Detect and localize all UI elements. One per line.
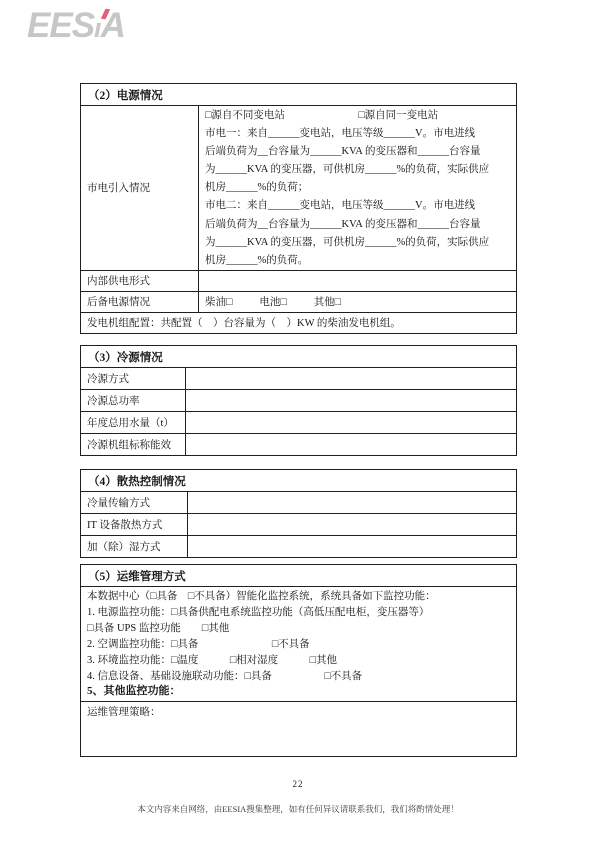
ops-line-linkage-function: 4. 信息设备、基础设施联动功能：□具备 □不具备 <box>87 669 512 685</box>
mains-source-options: □源自不同变电站 □源自同一变电站 <box>205 107 512 125</box>
mains-line-5: 市电二：来自______变电站，电压等级______V。市电进线 <box>205 197 512 215</box>
mains-line-4: 机房______%的负荷； <box>205 179 512 197</box>
cooling-unit-efficiency-label: 冷源机组标称能效 <box>81 434 186 456</box>
table-row: 冷源方式 <box>81 368 517 390</box>
cooling-unit-efficiency-value <box>186 434 517 456</box>
backup-option-battery: 电池□ <box>259 294 286 309</box>
monitoring-functions-cell: 本数据中心（□具备 □不具备）智能化监控系统，系统具备如下监控功能： 1. 电源… <box>81 587 517 702</box>
table-row: 冷量传输方式 <box>81 492 517 514</box>
page-number: 22 <box>0 779 596 789</box>
table-row: 市电引入情况 □源自不同变电站 □源自同一变电站 市电一：来自______变电站… <box>81 106 517 271</box>
cold-transfer-mode-value <box>188 492 517 514</box>
mains-line-1: 市电一：来自______变电站，电压等级______V。市电进线 <box>205 125 512 143</box>
power-table-title: （2）电源情况 <box>81 84 517 106</box>
humidity-control-value <box>188 536 517 558</box>
ops-table-title: （5）运维管理方式 <box>81 565 517 587</box>
cold-transfer-mode-label: 冷量传输方式 <box>81 492 188 514</box>
cooling-mode-label: 冷源方式 <box>81 368 186 390</box>
ops-line-power-monitoring: 1. 电源监控功能：□具备供配电系统监控功能（高低压配电柜，变压器等） <box>87 605 512 621</box>
table-row: 本数据中心（□具备 □不具备）智能化监控系统，系统具备如下监控功能： 1. 电源… <box>81 587 517 702</box>
mains-intro-label: 市电引入情况 <box>81 106 199 271</box>
heat-control-table: （4）散热控制情况 冷量传输方式 IT 设备散热方式 加（除）湿方式 <box>80 469 517 558</box>
mains-line-7: 为______KVA 的变压器，可供机房______%的负荷，实际供应 <box>205 234 512 252</box>
table-row: （5）运维管理方式 <box>81 565 517 587</box>
backup-power-label: 后备电源情况 <box>81 291 199 312</box>
backup-power-options: 柴油□电池□其他□ <box>199 291 517 312</box>
internal-supply-label: 内部供电形式 <box>81 270 199 291</box>
mains-line-6: 后端负荷为__台容量为______KVA 的变压器和______台容量 <box>205 216 512 234</box>
logo-text-ees: EES <box>27 6 94 45</box>
table-row: 内部供电形式 <box>81 270 517 291</box>
power-supply-table: （2）电源情况 市电引入情况 □源自不同变电站 □源自同一变电站 市电一：来自_… <box>80 83 517 334</box>
cooling-total-power-value <box>186 390 517 412</box>
it-heat-dissipation-value <box>188 514 517 536</box>
backup-option-other: 其他□ <box>314 294 341 309</box>
mains-line-2: 后端负荷为__台容量为______KVA 的变压器和______台容量 <box>205 143 512 161</box>
logo-text-i: ı <box>94 13 101 43</box>
internal-supply-value <box>199 270 517 291</box>
mains-intro-detail: □源自不同变电站 □源自同一变电站 市电一：来自______变电站，电压等级__… <box>199 106 517 271</box>
ops-line-env-monitoring: 3. 环境监控功能：□温度 □相对湿度 □其他 <box>87 653 512 669</box>
table-row: 冷源总功率 <box>81 390 517 412</box>
table-row: （4）散热控制情况 <box>81 470 517 492</box>
document-page: EESıA （2）电源情况 市电引入情况 □源自不同变电站 □源自同一变电站 市… <box>0 0 596 842</box>
backup-option-diesel: 柴油□ <box>205 294 232 309</box>
table-row: 年度总用水量（t） <box>81 412 517 434</box>
table-row: 冷源机组标称能效 <box>81 434 517 456</box>
mains-line-3: 为______KVA 的变压器，可供机房______%的负荷，实际供应 <box>205 161 512 179</box>
annual-water-usage-label: 年度总用水量（t） <box>81 412 186 434</box>
operations-management-table: （5）运维管理方式 本数据中心（□具备 □不具备）智能化监控系统，系统具备如下监… <box>80 564 517 757</box>
mains-line-8: 机房______%的负荷。 <box>205 252 512 270</box>
table-row: 后备电源情况 柴油□电池□其他□ <box>81 291 517 312</box>
table-row: 发电机组配置：共配置（ ）台容量为（ ）KW 的柴油发电机组。 <box>81 312 517 333</box>
footer-disclaimer: 本文内容来自网络，由EESIA搜集整理，如有任何异议请联系我们，我们将酌情处理！ <box>0 803 596 815</box>
annual-water-usage-value <box>186 412 517 434</box>
cooling-source-table: （3）冷源情况 冷源方式 冷源总功率 年度总用水量（t） 冷源机组标称能效 <box>80 345 517 456</box>
generator-config-line: 发电机组配置：共配置（ ）台容量为（ ）KW 的柴油发电机组。 <box>81 312 517 333</box>
it-heat-dissipation-label: IT 设备散热方式 <box>81 514 188 536</box>
table-row: （3）冷源情况 <box>81 346 517 368</box>
table-row: IT 设备散热方式 <box>81 514 517 536</box>
cooling-mode-value <box>186 368 517 390</box>
logo-letter-i: ı <box>94 6 101 50</box>
table-row: （2）电源情况 <box>81 84 517 106</box>
heat-table-title: （4）散热控制情况 <box>81 470 517 492</box>
ops-line-ups-monitoring: □具备 UPS 监控功能 □其他 <box>87 621 512 637</box>
ops-strategy-cell: 运维管理策略： <box>81 702 517 757</box>
eesia-logo: EESıA <box>27 4 125 48</box>
table-row: 加（除）湿方式 <box>81 536 517 558</box>
cooling-table-title: （3）冷源情况 <box>81 346 517 368</box>
ops-line-other-monitoring: 5、其他监控功能： <box>87 684 512 700</box>
ops-line-ac-monitoring: 2. 空调监控功能：□具备 □不具备 <box>87 637 512 653</box>
cooling-total-power-label: 冷源总功率 <box>81 390 186 412</box>
humidity-control-label: 加（除）湿方式 <box>81 536 188 558</box>
ops-line-smart-monitoring: 本数据中心（□具备 □不具备）智能化监控系统，系统具备如下监控功能： <box>87 589 512 605</box>
table-row: 运维管理策略： <box>81 702 517 757</box>
